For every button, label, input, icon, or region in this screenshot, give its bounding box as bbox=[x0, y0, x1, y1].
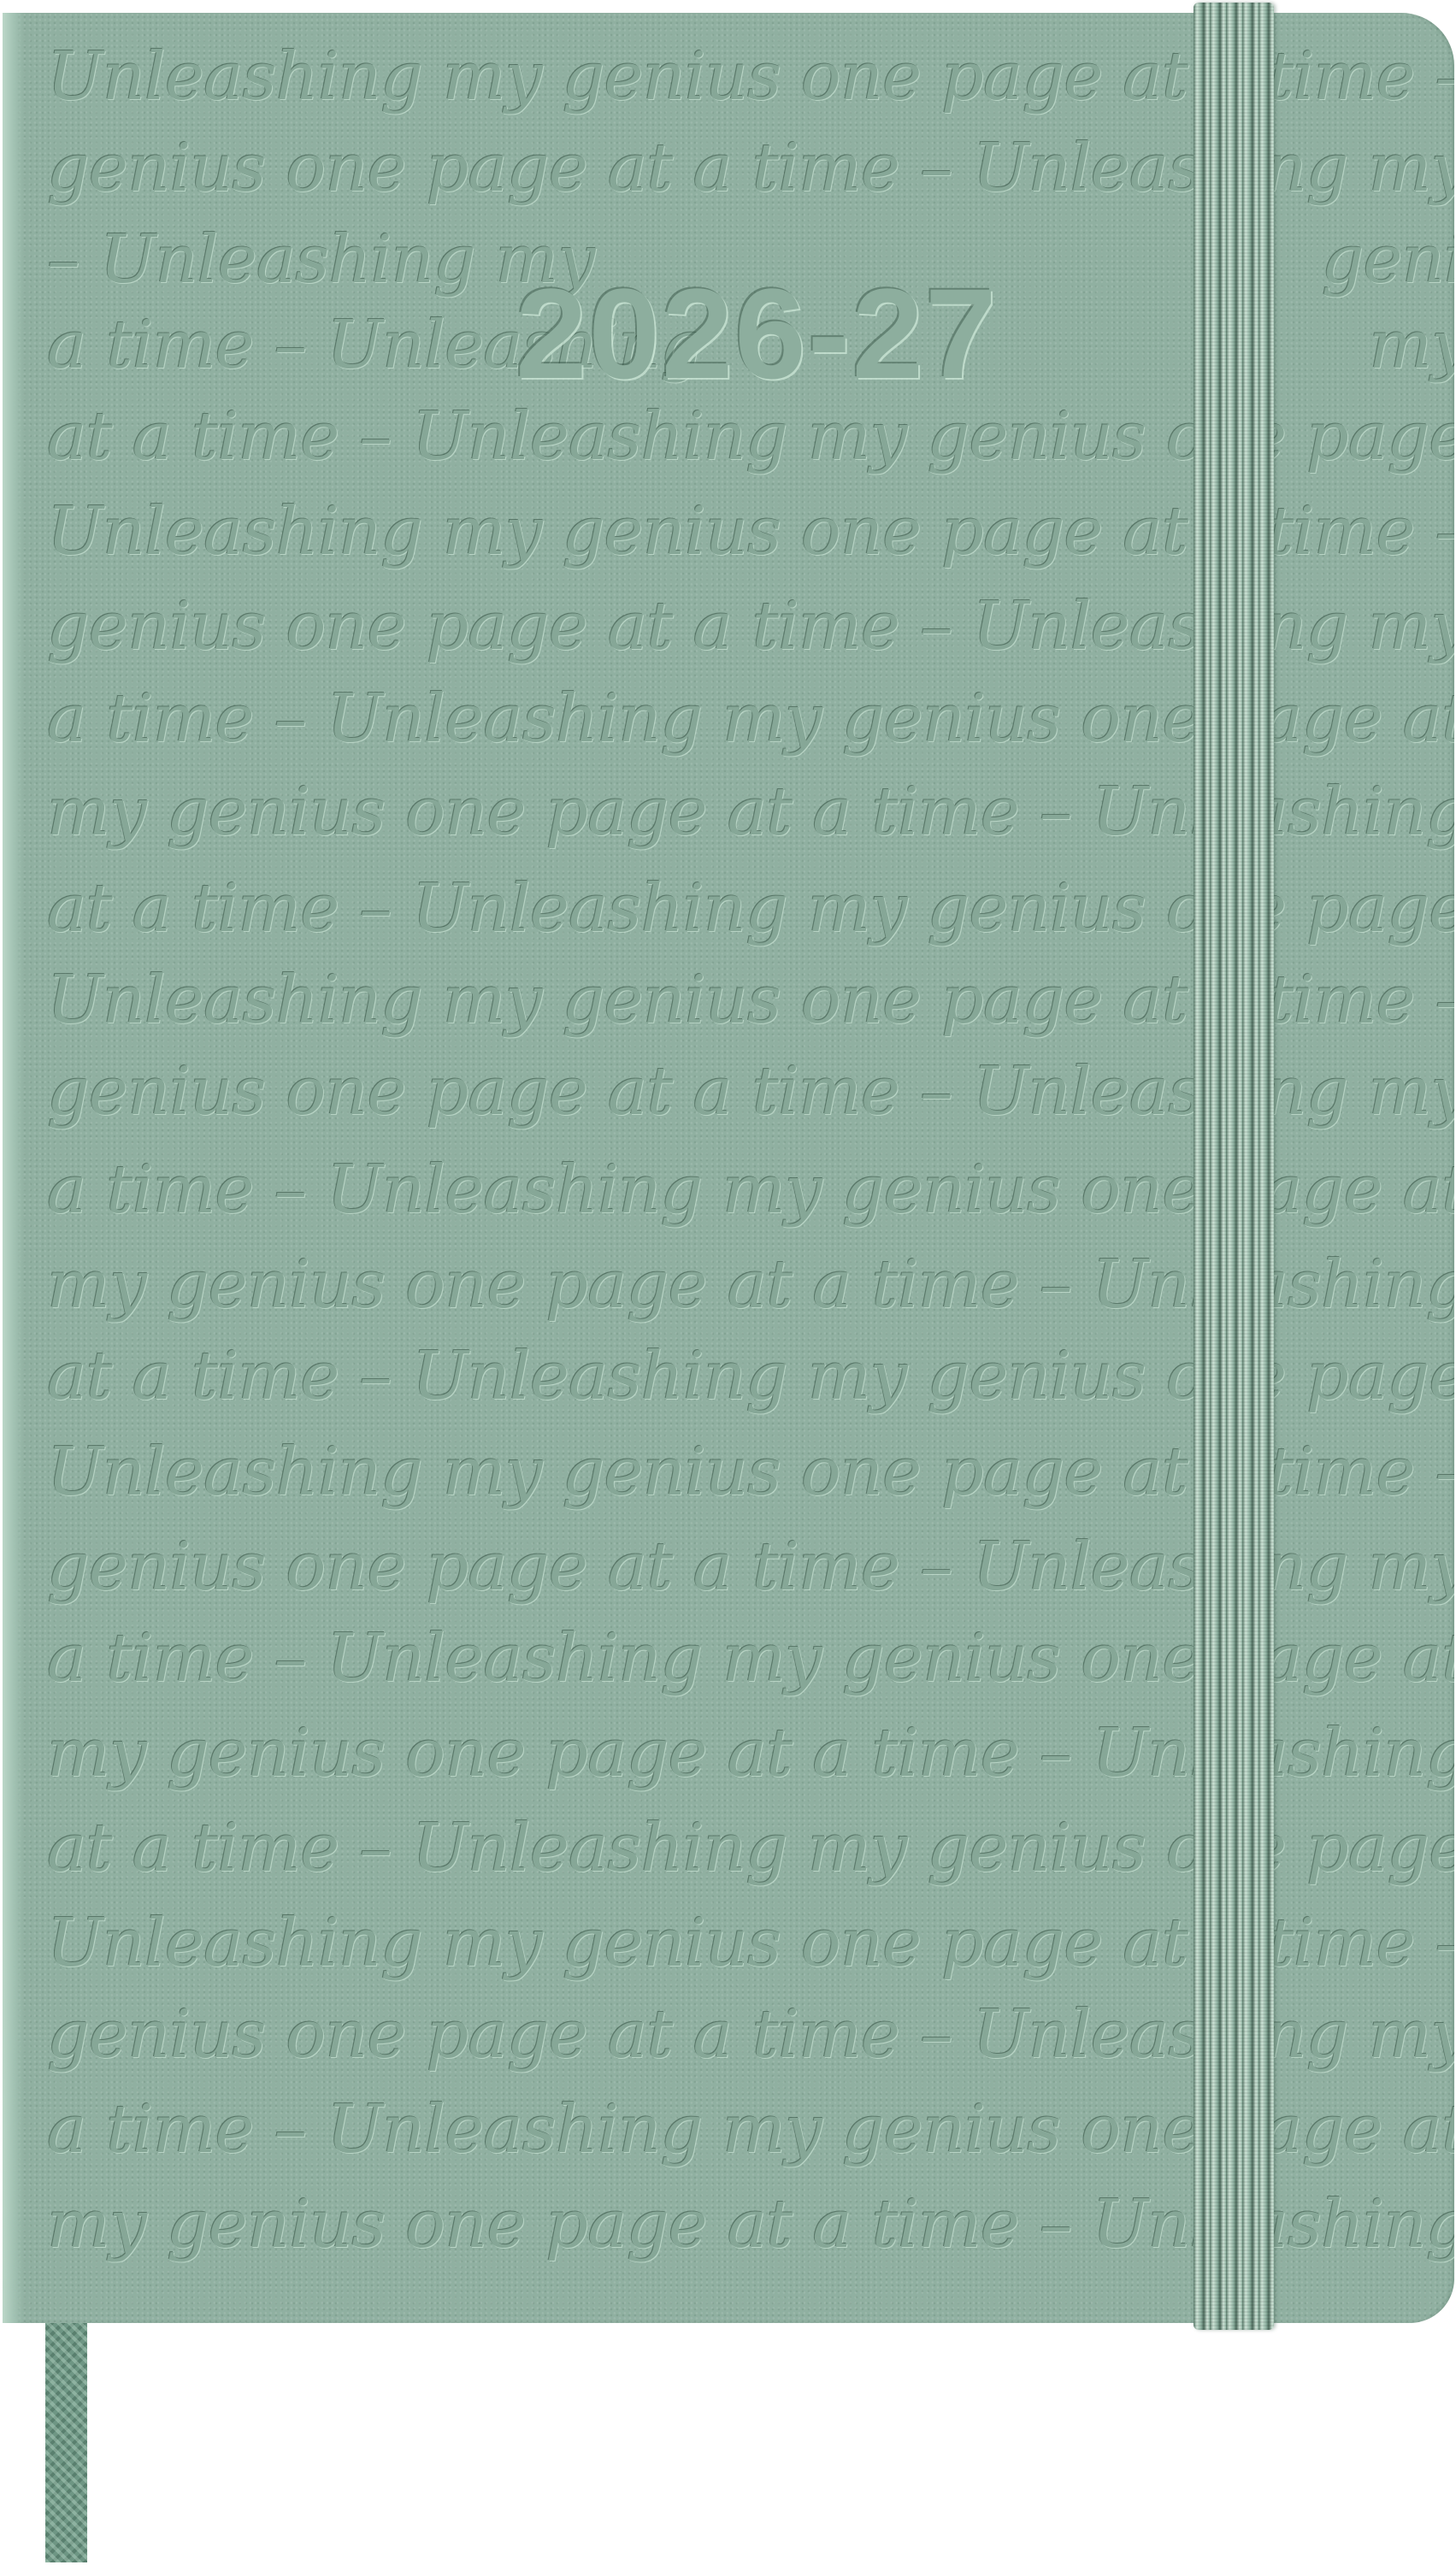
spine-edge bbox=[3, 13, 25, 2323]
year-label: 2026-27 bbox=[516, 269, 999, 398]
elastic-closure-band[interactable] bbox=[1194, 3, 1274, 2330]
embossed-text-left: – Unleashing my bbox=[47, 221, 595, 298]
embossed-text-right: genius one page at bbox=[1322, 221, 1454, 298]
bookmark-ribbon[interactable] bbox=[45, 2323, 87, 2562]
embossed-text-right: my genius one page bbox=[1369, 307, 1454, 384]
